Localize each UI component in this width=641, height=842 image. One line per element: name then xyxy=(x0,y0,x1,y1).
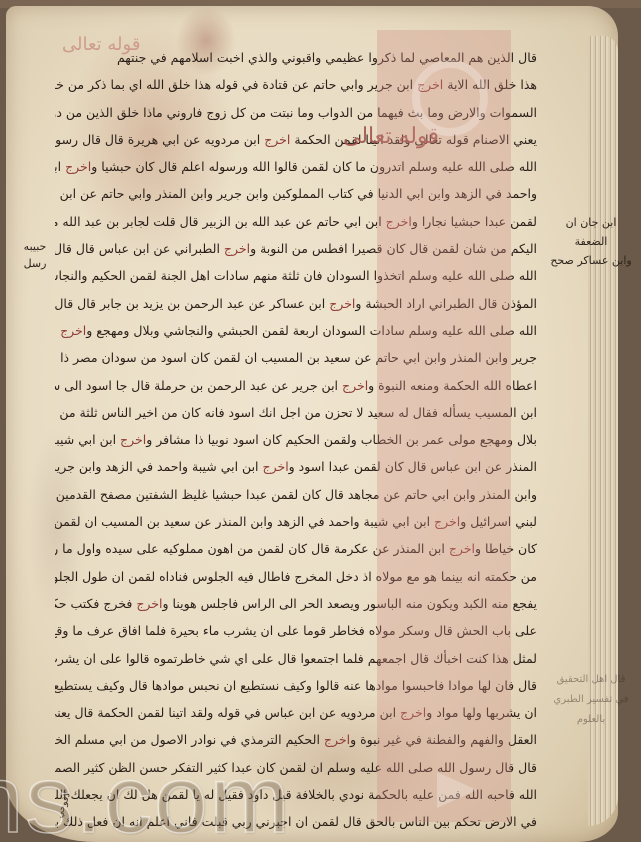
rubricated-word: اخرج xyxy=(136,596,162,611)
rubricated-word: اخرج xyxy=(342,378,368,393)
rubricated-word: اخرج xyxy=(120,432,146,447)
margin-note-line: وابن عساكر صحح xyxy=(548,251,634,270)
margin-note-left: حبيبه رسل xyxy=(15,238,55,272)
rubricated-word: اخرج xyxy=(264,132,290,147)
rubricated-word: اخرج xyxy=(65,159,91,174)
watermark-play-icon xyxy=(437,772,477,808)
watermark-text: ns.com xyxy=(0,752,291,842)
margin-note-right: ابن جان ان الضعفة وابن عساكر صحح xyxy=(548,213,634,270)
margin-note-line: حبيبه xyxy=(15,238,55,255)
rubricated-word: اخرج xyxy=(263,459,289,474)
rubricated-word: اخرج xyxy=(329,296,355,311)
margin-note-line: ابن جان ان الضعفة xyxy=(548,213,634,251)
margin-note-line: في تفسير الطبري xyxy=(548,690,634,710)
rubricated-word: اخرج xyxy=(60,323,86,338)
margin-note-line: قال اهل التحقيق xyxy=(548,670,634,690)
watermark-overlay xyxy=(377,30,511,760)
watermark-logo-icon xyxy=(412,60,488,136)
margin-note-line: بالعلوم xyxy=(548,710,634,730)
rubricated-word: اخرج xyxy=(224,241,250,256)
rubricated-word: اخرج xyxy=(324,732,350,747)
margin-note-faded: قال اهل التحقيق في تفسير الطبري بالعلوم xyxy=(548,670,634,730)
margin-note-line: رسل xyxy=(15,255,55,272)
